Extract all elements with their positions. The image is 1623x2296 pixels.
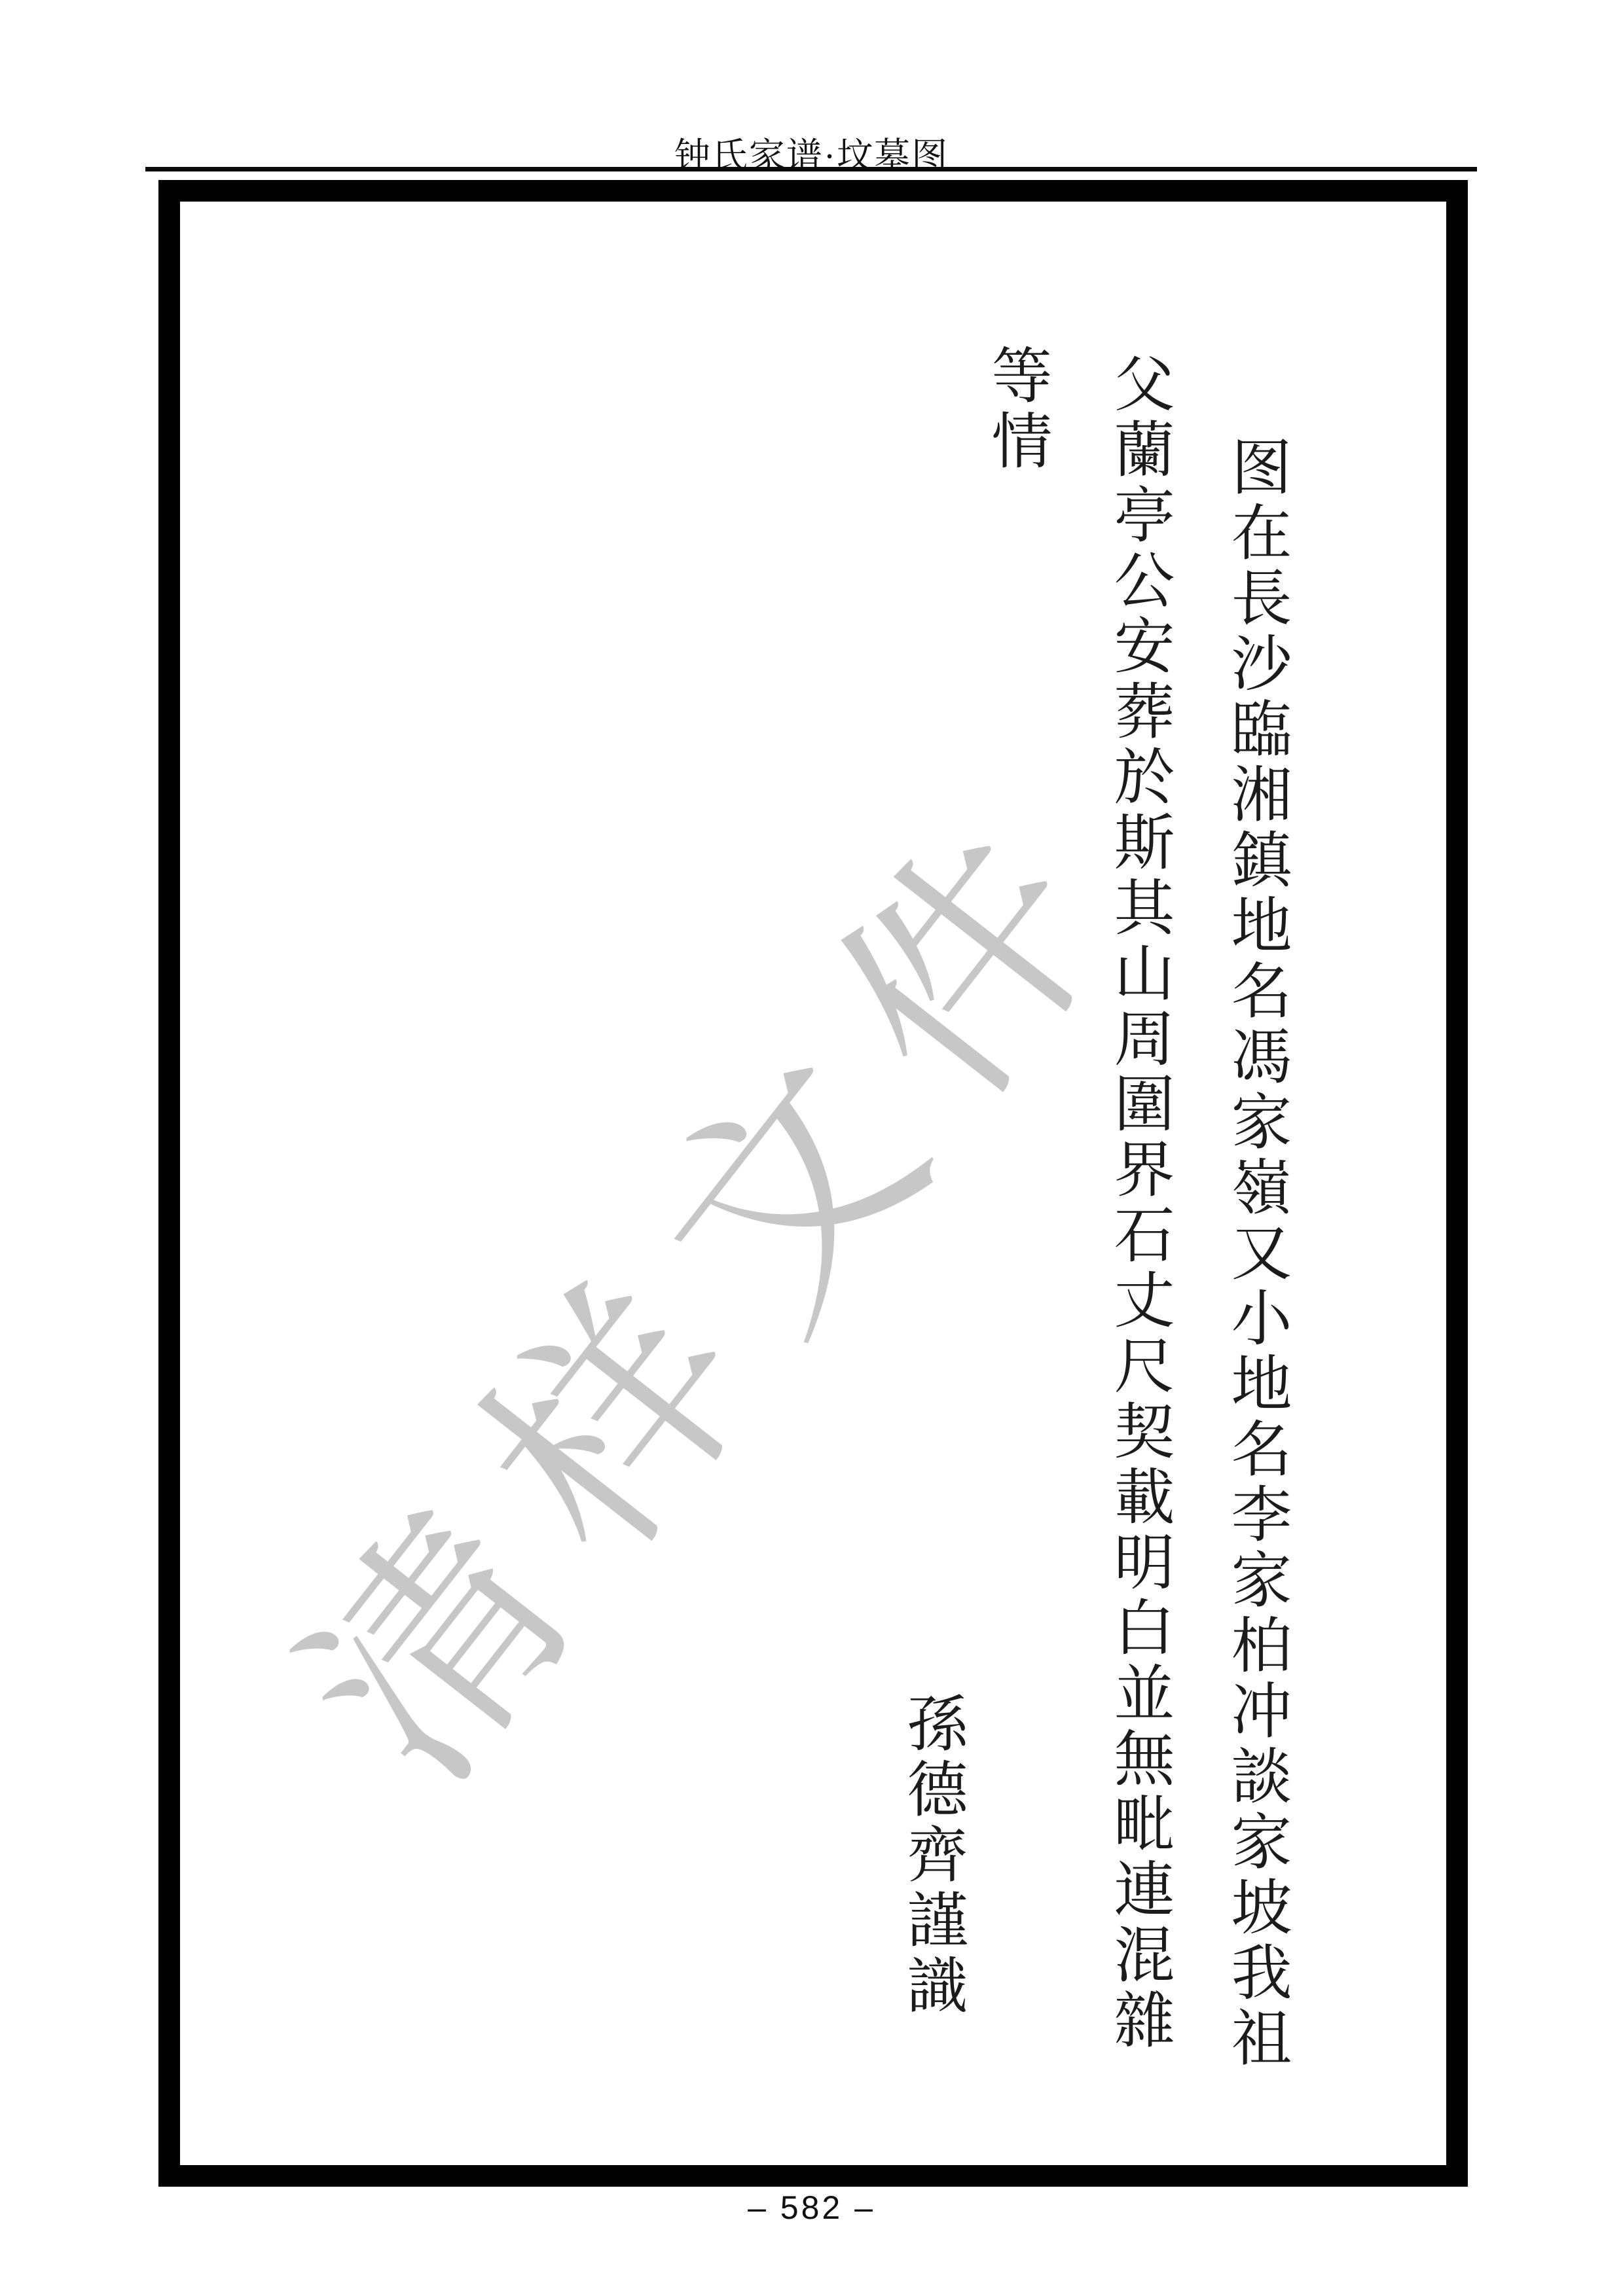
signature-column: 孫德齊謹識 xyxy=(901,1692,962,2019)
text-column-3: 等情 xyxy=(985,344,1046,475)
text-column-2: 父蘭亭公安葬於斯其山周圍界石丈尺契載明白並無毗連混雜 xyxy=(1108,352,1169,2054)
genealogy-page: 钟氏家谱·坟墓图 清样文件 图在長沙臨湘鎮地名馮家嶺又小地名李家柏冲談家坡我祖 … xyxy=(0,0,1623,2296)
header-rule xyxy=(145,167,1477,171)
page-number: – 582 – xyxy=(0,2189,1623,2227)
text-column-1: 图在長沙臨湘鎮地名馮家嶺又小地名李家柏冲談家坡我祖 xyxy=(1225,435,1286,2072)
